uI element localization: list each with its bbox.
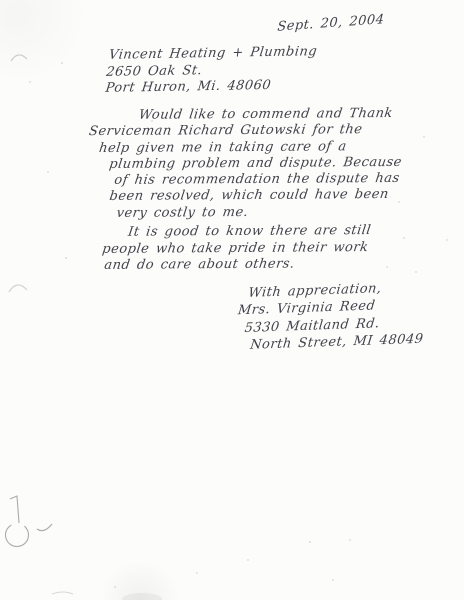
letter-date-block: Sept. 20, 2004: [275, 8, 383, 34]
closing-block: With appreciation, Mrs. Virginia Reed 53…: [236, 279, 423, 355]
letter-date: Sept. 20, 2004: [277, 12, 385, 35]
hole-punch-mark-middle: [9, 285, 27, 292]
pen-scribble-artifact: [1, 496, 52, 551]
body-paragraph-2: It is good to know there are still peopl…: [88, 223, 370, 274]
recipient-address-line: Port Huron, Mi. 48060: [104, 77, 318, 97]
handwritten-line: and do care about others.: [103, 256, 372, 274]
handwritten-line: help given me in taking care of a: [98, 138, 403, 156]
scan-smudge: [122, 593, 162, 600]
handwritten-line: Serviceman Richard Gutowski for the: [88, 122, 403, 140]
hole-punch-mark-top: [11, 55, 27, 61]
scan-smudge-line: [52, 592, 73, 594]
recipient-address-block: Vincent Heating + Plumbing 2650 Oak St. …: [104, 44, 317, 97]
handwritten-line: It is good to know there are still: [127, 223, 372, 241]
body-paragraph-1: Would like to commend and Thank Servicem…: [88, 106, 401, 222]
scanned-letter-page: Sept. 20, 2004 Vincent Heating + Plumbin…: [0, 0, 464, 600]
handwritten-line: been resolved, which could have been: [108, 187, 403, 205]
handwritten-line: people who take pride in their work: [101, 239, 372, 257]
handwritten-line: very costly to me.: [115, 204, 403, 222]
